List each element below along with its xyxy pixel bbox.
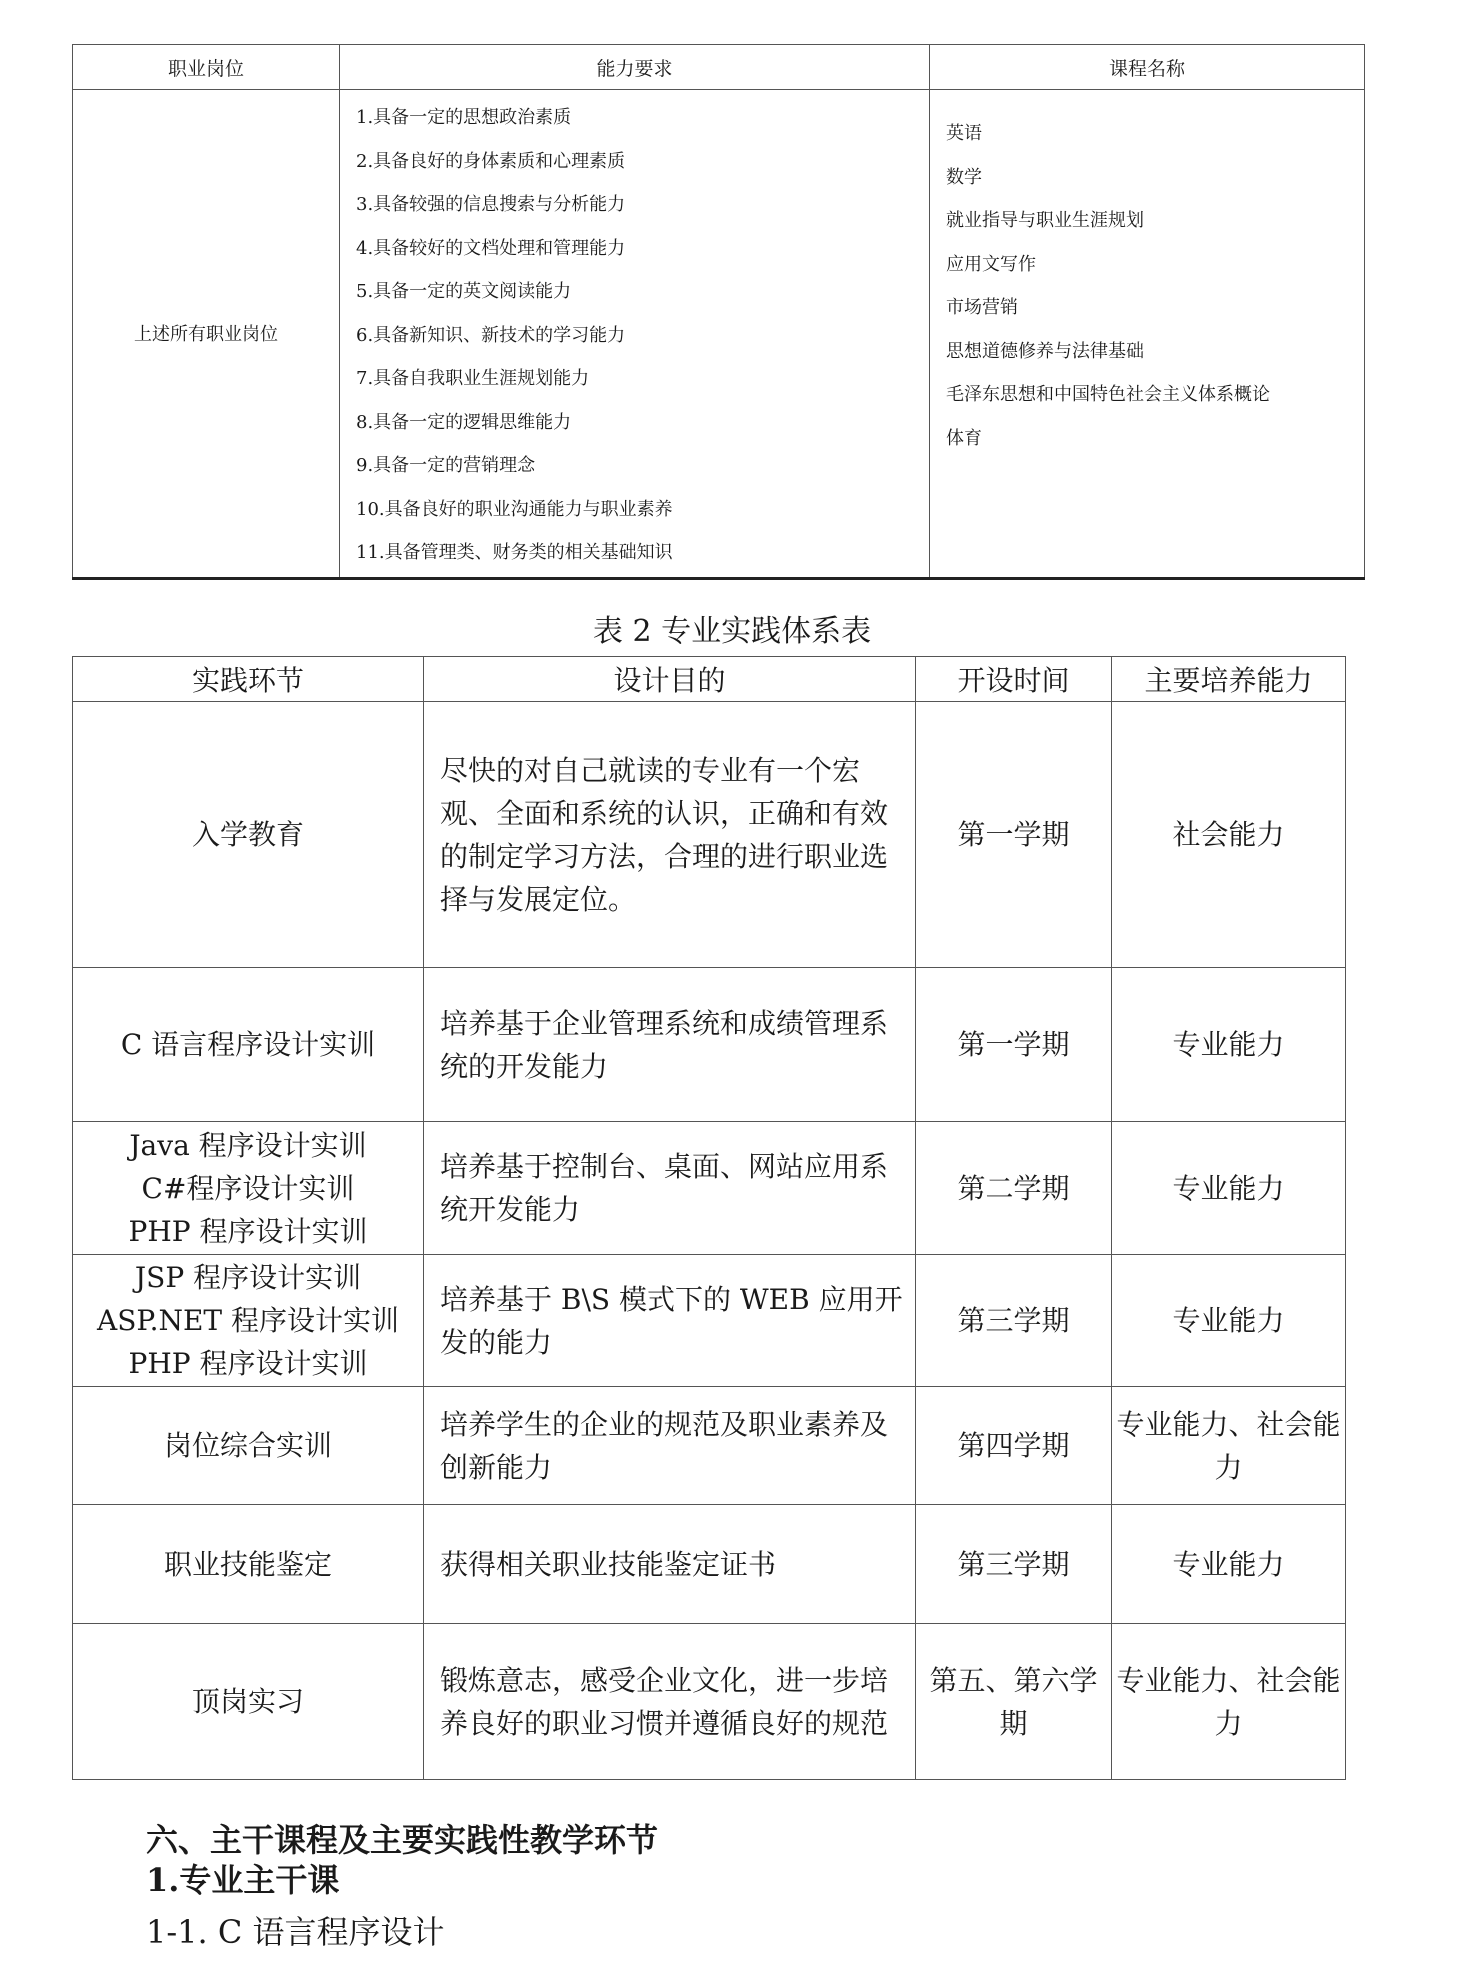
practice-system-table: 实践环节 设计目的 开设时间 主要培养能力 入学教育 尽快的对自己就读的专业有一… — [72, 656, 1346, 1780]
table-row: 岗位综合实训 培养学生的企业的规范及职业素养及创新能力 第四学期 专业能力、社会… — [73, 1387, 1346, 1505]
header-courses: 课程名称 — [930, 45, 1365, 90]
header-purpose: 设计目的 — [424, 657, 916, 702]
table-row: C 语言程序设计实训 培养基于企业管理系统和成绩管理系统的开发能力 第一学期 专… — [73, 968, 1346, 1122]
requirement-item: 9.具备一定的营销理念 — [356, 444, 929, 488]
time-cell: 第四学期 — [916, 1387, 1112, 1505]
purpose-cell: 培养学生的企业的规范及职业素养及创新能力 — [424, 1387, 916, 1505]
time-cell: 第一学期 — [916, 968, 1112, 1122]
subsubsection-heading: 1-1. C 语言程序设计 — [146, 1912, 445, 1952]
ability-cell: 专业能力 — [1112, 1505, 1346, 1624]
requirement-item: 5.具备一定的英文阅读能力 — [356, 270, 929, 314]
course-item: 市场营销 — [946, 286, 1364, 330]
requirement-item: 2.具备良好的身体素质和心理素质 — [356, 140, 929, 184]
practice-link-line: JSP 程序设计实训 — [73, 1256, 423, 1299]
requirements-cell: 1.具备一定的思想政治素质 2.具备良好的身体素质和心理素质 3.具备较强的信息… — [340, 90, 930, 579]
practice-link-cell: 入学教育 — [73, 702, 424, 968]
practice-link-line: C#程序设计实训 — [73, 1167, 423, 1210]
course-item: 体育 — [946, 417, 1364, 461]
course-item: 英语 — [946, 112, 1364, 156]
purpose-cell: 锻炼意志，感受企业文化，进一步培养良好的职业习惯并遵循良好的规范 — [424, 1624, 916, 1780]
requirement-item: 8.具备一定的逻辑思维能力 — [356, 401, 929, 445]
ability-cell: 专业能力、社会能力 — [1112, 1624, 1346, 1780]
purpose-cell: 培养基于控制台、桌面、网站应用系统开发能力 — [424, 1122, 916, 1255]
practice-link-line: Java 程序设计实训 — [73, 1124, 423, 1167]
header-position: 职业岗位 — [73, 45, 340, 90]
time-cell: 第三学期 — [916, 1505, 1112, 1624]
requirement-item: 7.具备自我职业生涯规划能力 — [356, 357, 929, 401]
course-item: 思想道德修养与法律基础 — [946, 330, 1364, 374]
course-item: 毛泽东思想和中国特色社会主义体系概论 — [946, 373, 1364, 417]
time-cell: 第五、第六学期 — [916, 1624, 1112, 1780]
ability-cell: 专业能力、社会能力 — [1112, 1387, 1346, 1505]
ability-cell: 社会能力 — [1112, 702, 1346, 968]
courses-list: 英语 数学 就业指导与职业生涯规划 应用文写作 市场营销 思想道德修养与法律基础… — [930, 90, 1364, 460]
requirement-item: 10.具备良好的职业沟通能力与职业素养 — [356, 488, 929, 532]
requirement-item: 11.具备管理类、财务类的相关基础知识 — [356, 531, 929, 575]
time-cell: 第三学期 — [916, 1255, 1112, 1387]
time-cell: 第二学期 — [916, 1122, 1112, 1255]
requirement-item: 3.具备较强的信息搜索与分析能力 — [356, 183, 929, 227]
requirement-item: 1.具备一定的思想政治素质 — [356, 96, 929, 140]
practice-link-line: ASP.NET 程序设计实训 — [73, 1299, 423, 1342]
header-practice-link: 实践环节 — [73, 657, 424, 702]
table-row: 顶岗实习 锻炼意志，感受企业文化，进一步培养良好的职业习惯并遵循良好的规范 第五… — [73, 1624, 1346, 1780]
table2-caption: 表 2 专业实践体系表 — [0, 612, 1464, 652]
job-ability-course-table: 职业岗位 能力要求 课程名称 上述所有职业岗位 1.具备一定的思想政治素质 2.… — [72, 44, 1365, 580]
table-row: Java 程序设计实训 C#程序设计实训 PHP 程序设计实训 培养基于控制台、… — [73, 1122, 1346, 1255]
purpose-cell: 培养基于企业管理系统和成绩管理系统的开发能力 — [424, 968, 916, 1122]
subsection-heading: 1.专业主干课 — [146, 1860, 339, 1900]
purpose-cell: 尽快的对自己就读的专业有一个宏观、全面和系统的认识，正确和有效的制定学习方法，合… — [424, 702, 916, 968]
header-requirements: 能力要求 — [340, 45, 930, 90]
header-time: 开设时间 — [916, 657, 1112, 702]
practice-link-line: PHP 程序设计实训 — [73, 1342, 423, 1385]
section-heading: 六、主干课程及主要实践性教学环节 — [146, 1820, 658, 1860]
requirements-list: 1.具备一定的思想政治素质 2.具备良好的身体素质和心理素质 3.具备较强的信息… — [340, 90, 929, 577]
table-row: 职业技能鉴定 获得相关职业技能鉴定证书 第三学期 专业能力 — [73, 1505, 1346, 1624]
table-row: JSP 程序设计实训 ASP.NET 程序设计实训 PHP 程序设计实训 培养基… — [73, 1255, 1346, 1387]
practice-link-cell: 顶岗实习 — [73, 1624, 424, 1780]
practice-link-cell: Java 程序设计实训 C#程序设计实训 PHP 程序设计实训 — [73, 1122, 424, 1255]
position-cell: 上述所有职业岗位 — [73, 90, 340, 579]
courses-cell: 英语 数学 就业指导与职业生涯规划 应用文写作 市场营销 思想道德修养与法律基础… — [930, 90, 1365, 579]
ability-cell: 专业能力 — [1112, 1122, 1346, 1255]
time-cell: 第一学期 — [916, 702, 1112, 968]
course-item: 数学 — [946, 156, 1364, 200]
course-item: 就业指导与职业生涯规划 — [946, 199, 1364, 243]
table-row: 上述所有职业岗位 1.具备一定的思想政治素质 2.具备良好的身体素质和心理素质 … — [73, 90, 1365, 579]
table-row: 入学教育 尽快的对自己就读的专业有一个宏观、全面和系统的认识，正确和有效的制定学… — [73, 702, 1346, 968]
practice-link-cell: C 语言程序设计实训 — [73, 968, 424, 1122]
table-header-row: 职业岗位 能力要求 课程名称 — [73, 45, 1365, 90]
header-ability: 主要培养能力 — [1112, 657, 1346, 702]
course-item: 应用文写作 — [946, 243, 1364, 287]
purpose-cell: 培养基于 B\S 模式下的 WEB 应用开发的能力 — [424, 1255, 916, 1387]
practice-link-cell: 职业技能鉴定 — [73, 1505, 424, 1624]
ability-cell: 专业能力 — [1112, 1255, 1346, 1387]
purpose-cell: 获得相关职业技能鉴定证书 — [424, 1505, 916, 1624]
requirement-item: 4.具备较好的文档处理和管理能力 — [356, 227, 929, 271]
practice-link-cell: JSP 程序设计实训 ASP.NET 程序设计实训 PHP 程序设计实训 — [73, 1255, 424, 1387]
practice-link-line: PHP 程序设计实训 — [73, 1210, 423, 1253]
requirement-item: 6.具备新知识、新技术的学习能力 — [356, 314, 929, 358]
table-header-row: 实践环节 设计目的 开设时间 主要培养能力 — [73, 657, 1346, 702]
practice-link-cell: 岗位综合实训 — [73, 1387, 424, 1505]
ability-cell: 专业能力 — [1112, 968, 1346, 1122]
